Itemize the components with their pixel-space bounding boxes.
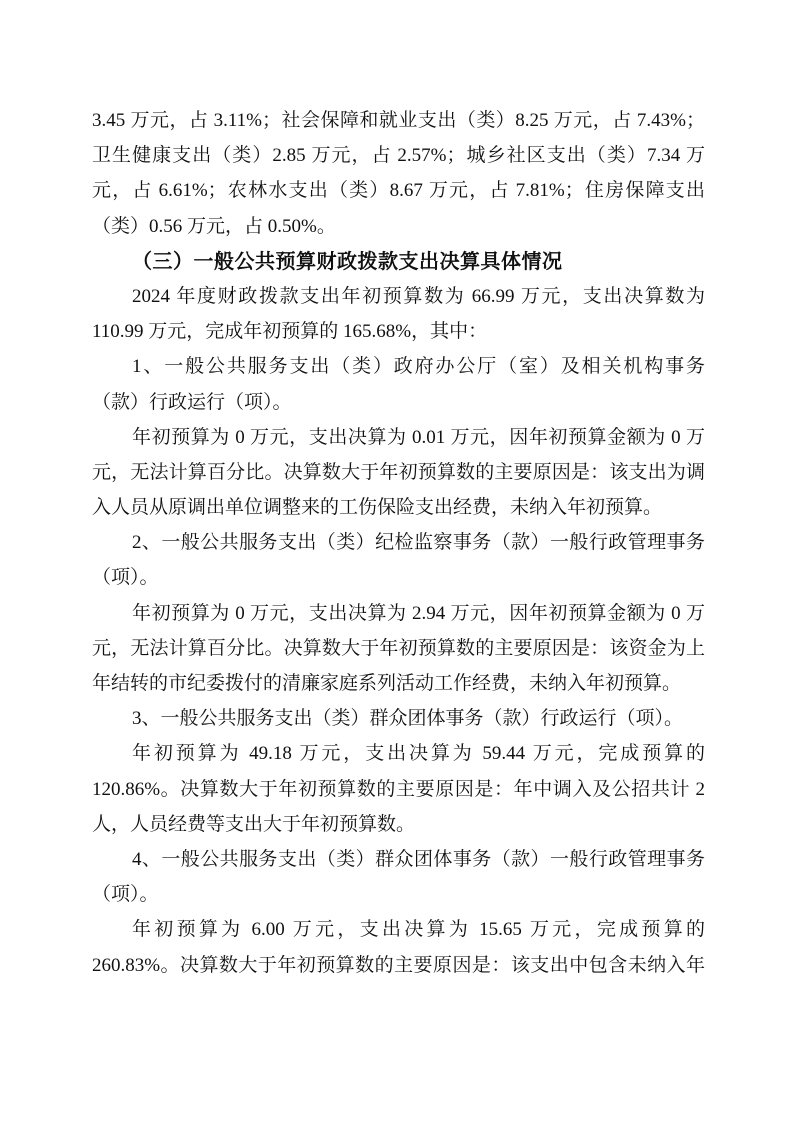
item-1-title: 1、一般公共服务支出（类）政府办公厅（室）及相关机构事务 （款）行政运行（项）。 xyxy=(92,349,705,419)
text-line: （款）行政运行（项）。 xyxy=(92,385,705,420)
text-line: 3.45 万元，占 3.11%；社会保障和就业支出（类）8.25 万元，占 7.… xyxy=(92,103,705,138)
item-3-title: 3、一般公共服务支出（类）群众团体事务（款）行政运行（项）。 xyxy=(92,701,705,736)
paragraph-budget-share-breakdown: 3.45 万元，占 3.11%；社会保障和就业支出（类）8.25 万元，占 7.… xyxy=(92,103,705,244)
text-line: 年初预算为 6.00 万元，支出决算为 15.65 万元，完成预算的 xyxy=(92,912,705,947)
item-3-detail: 年初预算为 49.18 万元，支出决算为 59.44 万元，完成预算的 120.… xyxy=(92,736,705,842)
text-line: 元，无法计算百分比。决算数大于年初预算数的主要原因是：该资金为上 xyxy=(92,631,705,666)
text-line: 元，占 6.61%；农林水支出（类）8.67 万元，占 7.81%；住房保障支出 xyxy=(92,173,705,208)
text-line: （项）。 xyxy=(92,877,705,912)
page-content: 3.45 万元，占 3.11%；社会保障和就业支出（类）8.25 万元，占 7.… xyxy=(0,0,793,983)
text-line: 120.86%。决算数大于年初预算数的主要原因是：年中调入及公招共计 2 xyxy=(92,772,705,807)
text-line: 2024 年度财政拨款支出年初预算数为 66.99 万元，支出决算数为 xyxy=(92,279,705,314)
item-4-title: 4、一般公共服务支出（类）群众团体事务（款）一般行政管理事务 （项）。 xyxy=(92,842,705,912)
text-line: 4、一般公共服务支出（类）群众团体事务（款）一般行政管理事务 xyxy=(92,842,705,877)
document-page: 3.45 万元，占 3.11%；社会保障和就业支出（类）8.25 万元，占 7.… xyxy=(0,0,793,1122)
text-line: 260.83%。决算数大于年初预算数的主要原因是：该支出中包含未纳入年 xyxy=(92,948,705,983)
text-line: 1、一般公共服务支出（类）政府办公厅（室）及相关机构事务 xyxy=(92,349,705,384)
text-line: 入人员从原调出单位调整来的工伤保险支出经费，未纳入年初预算。 xyxy=(92,490,705,525)
text-line: （项）。 xyxy=(92,560,705,595)
text-line: 元，无法计算百分比。决算数大于年初预算数的主要原因是：该支出为调 xyxy=(92,455,705,490)
section-heading-text: （三）一般公共预算财政拨款支出决算具体情况 xyxy=(92,244,705,279)
text-line: 2、一般公共服务支出（类）纪检监察事务（款）一般行政管理事务 xyxy=(92,525,705,560)
text-line: 年初预算为 0 万元，支出决算为 0.01 万元，因年初预算金额为 0 万 xyxy=(92,420,705,455)
item-2-title: 2、一般公共服务支出（类）纪检监察事务（款）一般行政管理事务 （项）。 xyxy=(92,525,705,595)
text-line: 年初预算为 49.18 万元，支出决算为 59.44 万元，完成预算的 xyxy=(92,736,705,771)
text-line: 卫生健康支出（类）2.85 万元，占 2.57%；城乡社区支出（类）7.34 万 xyxy=(92,138,705,173)
text-line: 年结转的市纪委拨付的清廉家庭系列活动工作经费，未纳入年初预算。 xyxy=(92,666,705,701)
item-1-detail: 年初预算为 0 万元，支出决算为 0.01 万元，因年初预算金额为 0 万 元，… xyxy=(92,420,705,526)
item-4-detail: 年初预算为 6.00 万元，支出决算为 15.65 万元，完成预算的 260.8… xyxy=(92,912,705,982)
section-heading-3: （三）一般公共预算财政拨款支出决算具体情况 xyxy=(92,244,705,279)
text-line: （类）0.56 万元，占 0.50%。 xyxy=(92,209,705,244)
text-line: 110.99 万元，完成年初预算的 165.68%，其中： xyxy=(92,314,705,349)
item-2-detail: 年初预算为 0 万元，支出决算为 2.94 万元，因年初预算金额为 0 万 元，… xyxy=(92,596,705,702)
text-line: 3、一般公共服务支出（类）群众团体事务（款）行政运行（项）。 xyxy=(92,701,705,736)
text-line: 年初预算为 0 万元，支出决算为 2.94 万元，因年初预算金额为 0 万 xyxy=(92,596,705,631)
paragraph-expenditure-overview: 2024 年度财政拨款支出年初预算数为 66.99 万元，支出决算数为 110.… xyxy=(92,279,705,349)
text-line: 人，人员经费等支出大于年初预算数。 xyxy=(92,807,705,842)
